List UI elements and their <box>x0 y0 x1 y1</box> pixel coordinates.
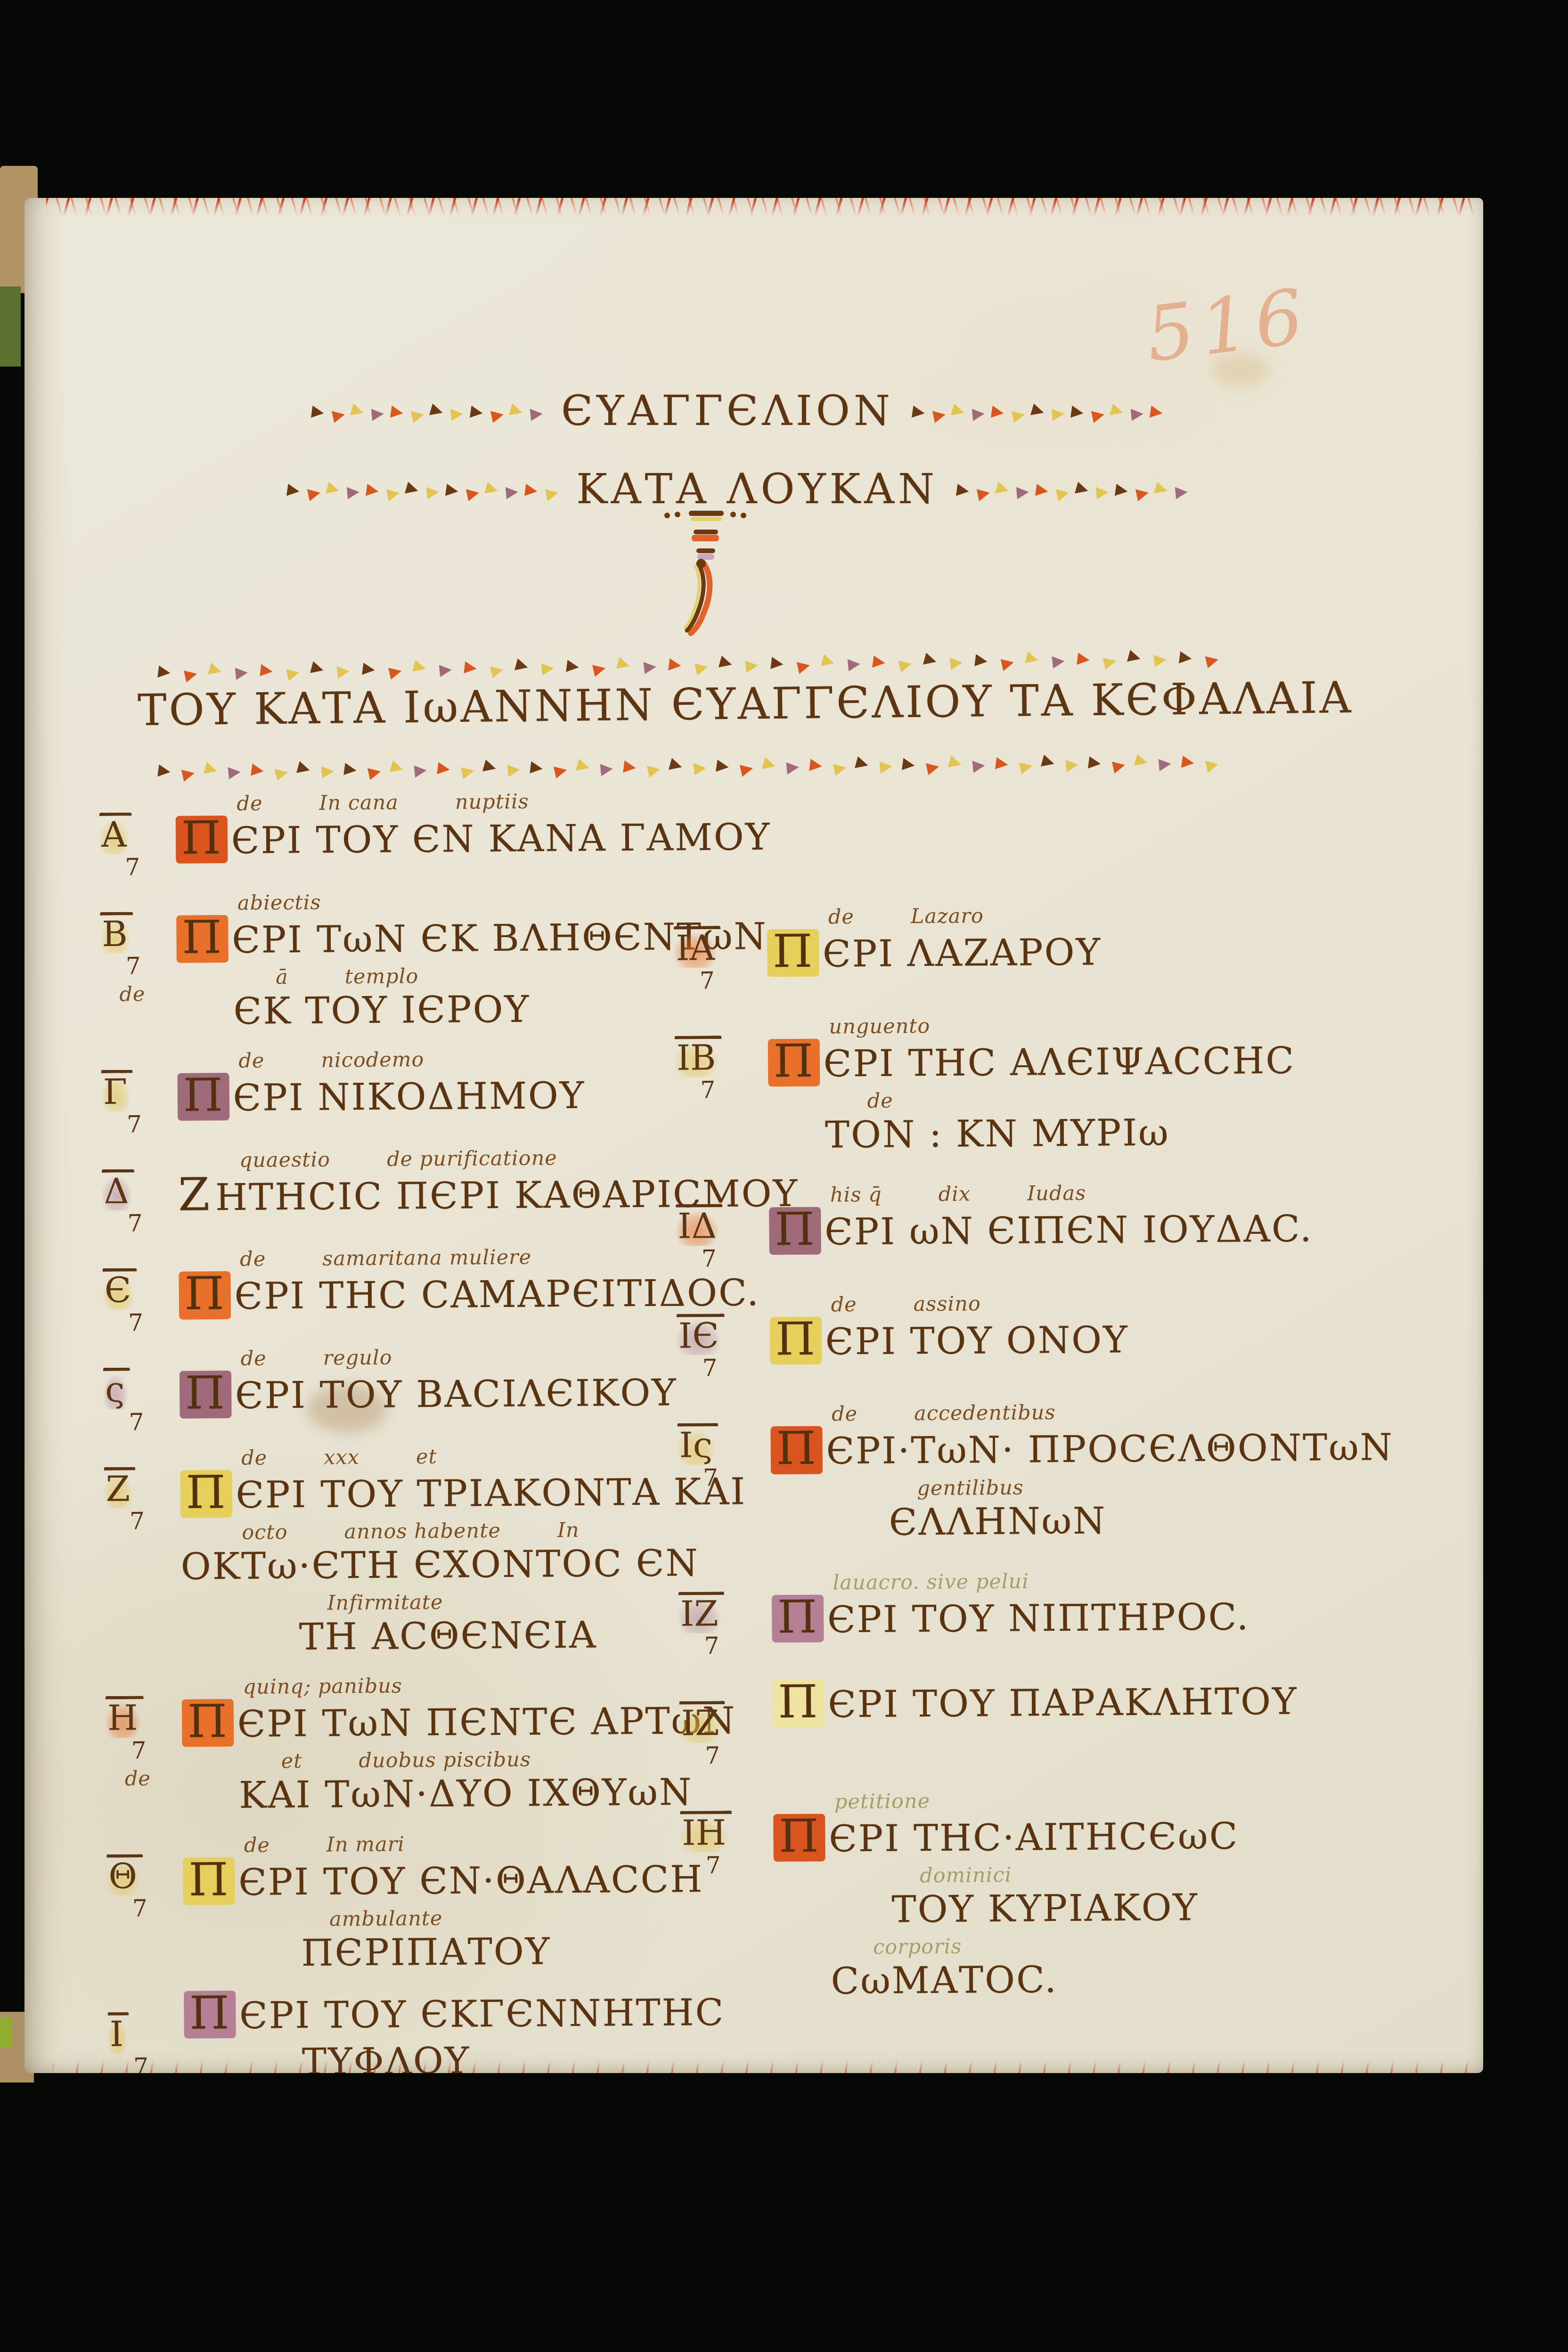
chevron-icon: ▸ <box>286 476 301 502</box>
chevron-icon: ▸ <box>513 651 531 678</box>
greek-text-line: ΠЄΡΙ ΤΗC ΑΛЄΙΨΑCCΗC <box>768 1034 1453 1087</box>
chevron-icon: ▸ <box>202 754 220 781</box>
chapter-number-cell: ς7 <box>103 1347 180 1434</box>
manuscript-page: 516 ▸▸▸▸▸▸▸▸▸▸▸▸ ЄΥΑΓΓЄΛΙΟΝ ▸▸▸▸▸▸▸▸▸▸▸▸… <box>24 198 1483 2073</box>
chevron-row: ▸▸▸▸▸▸▸▸▸▸▸▸ <box>957 477 1187 501</box>
chevron-icon: ▸ <box>157 658 172 684</box>
initial-letter: Π <box>769 1207 821 1255</box>
greek-text-line: ΠЄΡΙ ΤΗC·ΑΙΤΗCЄωC <box>773 1809 1458 1862</box>
chevron-icon: ▸ <box>1035 476 1050 502</box>
gloss-line: octoannos habenteIn <box>180 1516 764 1545</box>
chapter-row: ΙΖ7ΠЄΡΙ ΤΟΥ ΠΑΡΑΚΛΗΤΟΥ <box>679 1675 1457 1768</box>
greek-text: ЄΛΛΗΝωΝ <box>889 1499 1107 1545</box>
chapter-lines: petitioneΠЄΡΙ ΤΗC·ΑΙΤΗCЄωCdominiciΤΟΥ ΚΥ… <box>773 1785 1459 2007</box>
chapter-numeral: ΙΖ <box>679 1701 725 1743</box>
chevron-icon: ▸ <box>425 478 440 503</box>
initial-letter: Π <box>767 929 819 977</box>
chapter-numeral: ΙΖ <box>678 1592 724 1633</box>
chevron-icon: ▸ <box>901 750 917 776</box>
latin-gloss: de <box>240 1248 266 1271</box>
chapter-numeral: Δ <box>102 1169 135 1211</box>
chevron-icon: ▸ <box>897 650 915 677</box>
greek-text: ЄΡΙ ΛΑΖΑΡΟΥ <box>823 930 1102 977</box>
greek-text-line: ΚΑΙ ΤωΝ·ΔΥΟ ΙΧΘΥωΝ <box>182 1770 766 1819</box>
greek-text-line: ΠЄΡΙ·ΤωΝ· ΠΡΟCЄΛΘΟΝΤωΝ <box>770 1422 1455 1475</box>
chapter-lines: deIn cananuptiisΠЄΡΙ ΤΟΥ ЄΝ ΚΑΝΑ ΓΑΜΟΥ <box>175 787 771 866</box>
chevron-icon: ▸ <box>336 657 351 683</box>
chevron-icon: ▸ <box>819 646 838 673</box>
chevron-icon: ▸ <box>785 753 800 779</box>
greek-text: ЄΡΙ ΤΟΥ ΒΑCΙΛЄΙΚΟΥ <box>235 1371 678 1419</box>
chevron-icon: ▸ <box>305 479 322 505</box>
chevron-icon: ▸ <box>346 478 360 503</box>
greek-text: ΤΗ ΑCΘЄΝЄΙΑ <box>299 1613 597 1660</box>
latin-gloss: Lazaro <box>911 904 984 928</box>
chapter-number-cell: ΙΗ7 <box>680 1789 774 1877</box>
chevron-icon: ▸ <box>361 655 376 681</box>
chevron-icon: ▸ <box>1095 478 1110 503</box>
chapter-lines: ΠЄΡΙ ΤΟΥ ΠΑΡΑΚΛΗΤΟΥ <box>772 1675 1457 1730</box>
latin-gloss: ambulante <box>329 1907 443 1931</box>
chevron-icon: ▸ <box>330 400 347 427</box>
latin-gloss: petitione <box>834 1789 930 1813</box>
greek-text: ΠЄΡΙΠΑΤΟΥ <box>301 1929 551 1976</box>
chevron-icon: ▸ <box>273 759 290 785</box>
chapter-number-cell: Є7 <box>102 1247 179 1335</box>
initial-letter: Π <box>176 816 228 864</box>
chevron-row: ▸▸▸▸▸▸▸▸▸▸▸▸▸ <box>913 399 1163 423</box>
chevron-row: ▸▸▸▸▸▸▸▸▸▸▸▸▸▸ <box>287 477 558 501</box>
greek-text: ЄΡΙ ΝΙΚΟΔΗΜΟΥ <box>233 1074 585 1121</box>
initial-letter: Π <box>773 1814 825 1862</box>
page-title: ЄΥΑΓΓЄΛΙΟΝ <box>561 386 894 435</box>
latin-gloss: ā <box>276 965 288 989</box>
initial-letter: Π <box>182 1699 234 1747</box>
chapter-numeral: Ις <box>677 1423 718 1465</box>
chapter-number-cell: ΙЄ7 <box>676 1292 770 1380</box>
numeral-flourish: 7 <box>131 1739 182 1763</box>
chevron-icon: ▸ <box>949 396 968 423</box>
tailpiece-ornament <box>654 505 758 642</box>
greek-text: ЄΡΙ ΤΟΥ ΟΝΟΥ <box>825 1318 1129 1365</box>
chevron-icon: ▸ <box>1065 751 1079 776</box>
chapter-row: Є7desamaritana muliereΠЄΡΙ ΤΗC CΑΜΑΡЄΙΤΙ… <box>102 1243 762 1334</box>
chapter-numeral: Θ <box>106 1854 143 1896</box>
chapter-row: ΙΔ7his q̄dixIudasΠЄΡΙ ωΝ ЄΙΠЄΝ ΙΟΥΔΑC. <box>676 1178 1454 1270</box>
greek-text-line: ΤΥΦΛΟΥ <box>184 2037 768 2073</box>
greek-text: ЄΡΙ ΤΟΥ ΝΙΠΤΗΡΟC. <box>827 1595 1250 1642</box>
chevron-icon: ▸ <box>182 660 199 686</box>
chevron-icon: ▸ <box>931 400 947 427</box>
greek-text-line: ΠЄΡΙ ΤΟΥ ЄΝ·ΘΑΛΑCCΗ <box>183 1854 767 1906</box>
numeral-flourish: 7 <box>128 1311 179 1335</box>
chevron-icon: ▸ <box>872 648 887 674</box>
latin-gloss: In cana <box>319 791 399 815</box>
chapter-numeral: ΙΗ <box>680 1811 732 1853</box>
chapter-row: Β7deabiectisΠЄΡΙ ΤωΝ ЄΚ ΒΛΗΘЄΝΤωΝātemplo… <box>100 887 760 1037</box>
greek-text: ЄΡΙ ΤΟΥ ΤΡΙΑΚΟΝΤΑ ΚΑΙ <box>236 1470 746 1518</box>
greek-text: ΤΥΦΛΟΥ <box>302 2039 471 2073</box>
chevron-icon: ▸ <box>385 479 402 505</box>
greek-text: ЄΡΙ ΤΟΥ ЄΝ·ΘΑΛΑCCΗ <box>238 1857 704 1905</box>
greek-text-line: CωΜΑΤΟC. <box>774 1955 1459 2005</box>
chevron-icon: ▸ <box>464 479 481 505</box>
initial-letter: Π <box>179 1271 230 1319</box>
chapter-row: Δ7quaestiode purificationeΖΗΤΗCΙC ΠЄΡΙ Κ… <box>102 1144 762 1235</box>
chevron-icon: ▸ <box>489 400 506 427</box>
initial-letter: Π <box>768 1038 820 1086</box>
latin-gloss: de <box>244 1833 270 1857</box>
chevron-icon: ▸ <box>847 650 861 676</box>
chevron-icon: ▸ <box>180 759 197 786</box>
chevron-icon: ▸ <box>450 400 465 425</box>
chevron-icon: ▸ <box>482 752 500 779</box>
latin-gloss: de <box>241 1446 267 1470</box>
chevron-icon: ▸ <box>459 757 476 784</box>
chevron-icon: ▸ <box>879 752 893 778</box>
chevron-icon: ▸ <box>645 755 662 782</box>
chapter-numeral: Γ <box>101 1070 133 1111</box>
chevron-icon: ▸ <box>715 752 731 778</box>
chevron-icon: ▸ <box>808 751 824 777</box>
chevron-icon: ▸ <box>831 754 849 780</box>
chevron-icon: ▸ <box>994 750 1010 776</box>
greek-text: ΤΟΥ ΚΥΡΙΑΚΟΥ <box>891 1886 1199 1933</box>
chevron-icon: ▸ <box>483 474 501 501</box>
gloss-line: etduobus piscibus <box>182 1745 766 1774</box>
latin-gloss: templo <box>345 964 419 988</box>
initial-letter: Π <box>180 1470 232 1518</box>
chevron-icon: ▸ <box>1108 396 1127 423</box>
latin-gloss: corporis <box>873 1935 962 1959</box>
chevron-icon: ▸ <box>552 756 570 783</box>
latin-gloss: de <box>832 1402 857 1426</box>
greek-text-line: ΠЄΡΙ ΤΟΥ ΟΝΟΥ <box>770 1312 1454 1365</box>
greek-text: ЄΡΙ·ΤωΝ· ΠΡΟCЄΛΘΟΝΤωΝ <box>826 1426 1394 1475</box>
greek-text-line: ΤΟΥ ΚΥΡΙΑΚΟΥ <box>774 1884 1458 1933</box>
chevron-icon: ▸ <box>949 649 964 674</box>
chevron-icon: ▸ <box>974 646 989 672</box>
chevron-icon: ▸ <box>911 398 926 424</box>
numeral-flourish: 7 <box>132 1896 183 1920</box>
latin-gloss: de <box>241 1347 267 1371</box>
chevron-icon: ▸ <box>1087 749 1103 775</box>
latin-gloss: annos habente <box>344 1519 501 1543</box>
chevron-icon: ▸ <box>795 652 812 678</box>
numeral-flourish: 7 <box>133 2054 184 2073</box>
chapter-number-cell: ΙΖ7 <box>678 1570 772 1658</box>
chevron-icon: ▸ <box>207 655 225 682</box>
chapter-lines: quinq; panibusΠЄΡΙ ΤωΝ ΠЄΝΤЄ ΑΡΤωΝetduob… <box>181 1671 766 1821</box>
chevron-icon: ▸ <box>947 748 965 775</box>
chapter-numeral: ΙΑ <box>674 926 720 968</box>
chevron-icon: ▸ <box>1054 479 1071 505</box>
chevron-icon: ▸ <box>295 754 314 781</box>
chevron-icon: ▸ <box>505 478 519 503</box>
latin-gloss: nuptiis <box>455 790 529 814</box>
chevron-icon: ▸ <box>1111 751 1128 778</box>
chevron-icon: ▸ <box>975 479 992 505</box>
initial-letter: Π <box>183 1857 235 1905</box>
greek-text: ЄΡΙ ωΝ ЄΙΠЄΝ ΙΟΥΔΑC. <box>825 1207 1313 1255</box>
chevron-icon: ▸ <box>366 758 384 784</box>
latin-gloss: quaestio <box>239 1148 331 1172</box>
latin-gloss: et <box>416 1445 437 1469</box>
chevron-icon: ▸ <box>972 751 986 777</box>
initial-letter: Π <box>177 1073 229 1121</box>
greek-text: ΚΑΙ ΤωΝ·ΔΥΟ ΙΧΘΥωΝ <box>239 1771 693 1819</box>
chapter-row: ΙΗ7petitioneΠЄΡΙ ΤΗC·ΑΙΤΗCЄωCdominiciΤΟΥ… <box>680 1785 1459 2007</box>
chevron-icon: ▸ <box>1203 751 1221 777</box>
chevron-icon: ▸ <box>489 656 506 682</box>
latin-gloss: de <box>119 982 177 1006</box>
chevron-icon: ▸ <box>388 753 407 780</box>
numeral-flourish: 7 <box>702 1356 770 1380</box>
chevron-icon: ▸ <box>922 645 940 672</box>
numeral-flourish: 7 <box>706 1853 774 1877</box>
chevron-icon: ▸ <box>404 474 422 501</box>
chapter-lines: lauacro. sive peluiΠЄΡΙ ΤΟΥ ΝΙΠΤΗΡΟC. <box>772 1566 1456 1645</box>
chevron-icon: ▸ <box>590 654 608 681</box>
greek-text-line: ЄΛΛΗΝωΝ <box>771 1496 1456 1546</box>
chapter-numeral: ΙЄ <box>677 1314 725 1356</box>
chevron-icon: ▸ <box>343 755 359 781</box>
chapter-number-cell: Ις7 <box>677 1402 771 1490</box>
latin-gloss: duobus piscibus <box>359 1748 531 1773</box>
chevron-icon: ▸ <box>506 756 521 781</box>
chapter-row: ΙЄ7deassinoΠЄΡΙ ΤΟΥ ΟΝΟΥ <box>676 1288 1454 1380</box>
chevron-icon: ▸ <box>1152 474 1171 501</box>
chapter-row: Θ7deIn mariΠЄΡΙ ΤΟΥ ЄΝ·ΘΑΛΑCCΗambulanteΠ… <box>106 1829 767 1979</box>
chevron-icon: ▸ <box>386 657 404 684</box>
chevron-icon: ▸ <box>1089 400 1106 427</box>
chapter-lines: unguentoΠЄΡΙ ΤΗC ΑΛЄΙΨΑCCΗCdeΤΟΝ : ΚΝ ΜΥ… <box>768 1010 1453 1160</box>
chapter-numeral: ΙΒ <box>675 1036 722 1078</box>
greek-text: ЄΡΙ ΤΟΥ ЄΝ ΚΑΝΑ ΓΑΜΟΥ <box>231 815 771 864</box>
greek-text-line: ΠЄΡΙΠΑΤΟΥ <box>183 1928 767 1977</box>
chapter-lines: deIn mariΠЄΡΙ ΤΟΥ ЄΝ·ΘΑΛΑCCΗambulanteΠЄΡ… <box>183 1829 767 1979</box>
numeral-flourish: 7 <box>700 968 768 992</box>
greek-text-line: ΠЄΡΙ ΤωΝ ΠЄΝΤЄ ΑΡΤωΝ <box>182 1695 766 1748</box>
greek-text-line: ΠЄΡΙ ΤΗC CΑΜΑΡЄΙΤΙΔΟC. <box>179 1267 762 1320</box>
chevron-row: ▸▸▸▸▸▸▸▸▸▸▸▸ <box>312 399 542 423</box>
chevron-icon: ▸ <box>668 651 683 677</box>
manuscript-photo: { "page": { "folio_number": "516" }, "ti… <box>0 0 1568 2352</box>
greek-text: ЄΡΙ ΤΗC·ΑΙΤΗCЄωC <box>829 1814 1239 1862</box>
chevron-icon: ▸ <box>1051 647 1065 673</box>
chapter-number-cell: Γ7 <box>101 1049 178 1136</box>
greek-text-line: ΟΚΤω·ЄΤΗ ЄΧΟΝΤΟC ЄΝ <box>180 1541 764 1590</box>
greek-text: ΟΚΤω·ЄΤΗ ЄΧΟΝΤΟC ЄΝ <box>180 1541 699 1590</box>
chapter-lines: deaccedentibusΠЄΡΙ·ΤωΝ· ΠΡΟCЄΛΘΟΝΤωΝgent… <box>770 1397 1455 1548</box>
chevron-icon: ▸ <box>999 649 1016 675</box>
red-edge-stain-top <box>46 198 1477 216</box>
chevron-icon: ▸ <box>309 654 327 681</box>
greek-text-line: ΠЄΡΙ ΝΙΚΟΔΗΜΟΥ <box>177 1069 761 1121</box>
folio-number: 516 <box>1141 265 1367 379</box>
initial-letter: Π <box>772 1680 824 1728</box>
initial-letter: Π <box>770 1316 822 1364</box>
latin-gloss: regulo <box>323 1346 392 1370</box>
chevron-icon: ▸ <box>565 652 580 678</box>
chapter-number-cell: Β7de <box>100 890 177 1006</box>
chevron-icon: ▸ <box>1178 644 1193 670</box>
chapter-number-cell: ΙΒ7 <box>674 1014 768 1102</box>
initial-letter: Π <box>180 1371 231 1419</box>
chapter-number-cell: ΙΔ7 <box>676 1183 769 1270</box>
chevron-icon: ▸ <box>507 396 526 423</box>
latin-gloss: xxx <box>324 1445 359 1470</box>
chapter-number-cell: Δ7 <box>102 1148 179 1235</box>
latin-gloss: In mari <box>327 1832 405 1856</box>
latin-gloss: lauacro. sive pelui <box>833 1569 1029 1594</box>
chevron-icon: ▸ <box>1130 400 1144 425</box>
binding-edge <box>0 2017 12 2048</box>
gloss-line: desamaritana muliere <box>179 1243 762 1272</box>
chevron-icon: ▸ <box>370 400 385 425</box>
latin-gloss: de <box>238 1049 264 1072</box>
binding-edge <box>0 286 21 367</box>
chevron-icon: ▸ <box>365 476 381 502</box>
chevron-icon: ▸ <box>544 479 561 505</box>
chapter-number-cell: ΙΑ7 <box>674 905 768 992</box>
chevron-icon: ▸ <box>1158 750 1172 776</box>
chevron-icon: ▸ <box>324 474 343 501</box>
chevron-icon: ▸ <box>718 648 736 675</box>
chevron-icon: ▸ <box>529 400 544 425</box>
title-row-1: ▸▸▸▸▸▸▸▸▸▸▸▸ ЄΥΑΓΓЄΛΙΟΝ ▸▸▸▸▸▸▸▸▸▸▸▸▸ <box>24 386 1450 435</box>
chevron-icon: ▸ <box>1029 396 1047 423</box>
chevron-icon: ▸ <box>1114 476 1129 502</box>
greek-text-line: ΠЄΡΙ ΤΟΥ ΒΑCΙΛЄΙΚΟΥ <box>180 1367 763 1419</box>
gloss-line: deIn cananuptiis <box>175 787 771 816</box>
latin-gloss: Iudas <box>1027 1182 1086 1206</box>
greek-text: ЄΡΙ ΤΟΥ ΠΑΡΑΚΛΗΤΟΥ <box>828 1680 1298 1728</box>
chapter-numeral: Α <box>99 812 132 854</box>
chevron-icon: ▸ <box>284 659 302 685</box>
chapter-lines: dereguloΠЄΡΙ ΤΟΥ ΒΑCΙΛЄΙΚΟΥ <box>180 1342 763 1421</box>
chevron-icon: ▸ <box>990 398 1006 424</box>
chevron-icon: ▸ <box>1017 752 1035 778</box>
chapter-numeral: Є <box>102 1268 137 1310</box>
latin-gloss: unguento <box>829 1014 930 1038</box>
chevron-icon: ▸ <box>390 398 405 424</box>
chapter-lines: his q̄dixIudasΠЄΡΙ ωΝ ЄΙΠЄΝ ΙΟΥΔΑC. <box>769 1178 1454 1257</box>
chapter-numeral: Ι <box>107 2012 129 2054</box>
numeral-flourish: 7 <box>126 954 177 978</box>
initial-letter: Ζ <box>178 1172 212 1220</box>
gloss-line: deregulo <box>180 1342 763 1371</box>
chevron-icon: ▸ <box>1153 646 1168 671</box>
numeral-flourish: 7 <box>129 1410 180 1434</box>
numeral-flourish: 7 <box>705 1743 773 1767</box>
greek-text-line: ΤΟΝ : ΚΝ ΜΥΡΙω <box>768 1109 1453 1158</box>
greek-text: ЄΡΙ ΤωΝ ΠЄΝΤЄ ΑΡΤωΝ <box>237 1699 736 1748</box>
chapter-number-cell: Ζ7 <box>104 1446 180 1534</box>
chapter-lines: dexxxetΠЄΡΙ ΤΟΥ ΤΡΙΑΚΟΝΤΑ ΚΑΙoctoannos h… <box>180 1442 765 1663</box>
chevron-icon: ▸ <box>1010 400 1027 427</box>
gloss-line: denicodemo <box>177 1045 760 1073</box>
greek-text: ЄΡΙ ΤΟΥ ЄΚΓЄΝΝΗΤΗC <box>239 1991 725 2039</box>
chevron-icon: ▸ <box>469 398 484 424</box>
chapter-number-cell: Η7de <box>105 1675 182 1791</box>
chapter-number-cell: ΙΖ7 <box>679 1680 773 1768</box>
chevron-icon: ▸ <box>668 751 686 777</box>
chevron-icon: ▸ <box>693 754 707 780</box>
chapter-numeral: ΙΔ <box>676 1204 722 1246</box>
numeral-flourish: 7 <box>125 855 176 879</box>
chevron-icon: ▸ <box>234 659 248 684</box>
latin-gloss: et <box>281 1749 302 1773</box>
initial-letter: Π <box>772 1594 824 1642</box>
greek-text-line: ΠЄΡΙ ΛΑΖΑΡΟΥ <box>767 924 1452 977</box>
chapter-number-cell: Α7 <box>99 792 176 879</box>
chevron-icon: ▸ <box>1203 646 1221 672</box>
chapter-lines: denicodemoΠЄΡΙ ΝΙΚΟΔΗΜΟΥ <box>177 1045 761 1123</box>
numeral-flourish: 7 <box>704 1634 772 1658</box>
initial-letter: Π <box>184 1991 236 2039</box>
section-header: ΤΟΥ ΚΑΤΑ ΙωΑΝΝΗΝ ЄΥΑΓΓЄΛΙΟΥ ΤΑ ΚЄΦΑΛΑΙΑ <box>138 674 1231 735</box>
chevron-icon: ▸ <box>760 750 779 776</box>
chevron-icon: ▸ <box>524 476 539 502</box>
greek-text: ΤΟΝ : ΚΝ ΜΥΡΙω <box>825 1111 1170 1158</box>
chevron-icon: ▸ <box>227 758 242 784</box>
chapter-row: ΙΒ7unguentoΠЄΡΙ ΤΗC ΑΛЄΙΨΑCCΗCdeΤΟΝ : ΚΝ… <box>674 1010 1453 1161</box>
chapter-row: ΙΑ7deLazaroΠЄΡΙ ΛΑΖΑΡΟΥ <box>674 900 1452 992</box>
chevron-icon: ▸ <box>411 653 429 679</box>
chevron-icon: ▸ <box>1174 478 1189 503</box>
chevron-icon: ▸ <box>320 758 335 783</box>
chapter-column-left: Α7deIn cananuptiisΠЄΡΙ ΤΟΥ ЄΝ ΚΑΝΑ ΓΑΜΟΥ… <box>99 787 768 2073</box>
chevron-icon: ▸ <box>259 656 274 682</box>
chevron-icon: ▸ <box>438 656 453 681</box>
chevron-icon: ▸ <box>349 396 367 423</box>
chevron-icon: ▸ <box>157 757 172 783</box>
chapter-numeral: Η <box>106 1696 144 1738</box>
latin-gloss: gentilibus <box>917 1476 1024 1500</box>
chevron-icon: ▸ <box>769 649 784 675</box>
chevron-icon: ▸ <box>642 653 657 678</box>
chapter-row: Ζ7dexxxetΠЄΡΙ ΤΟΥ ΤΡΙΑΚΟΝΤΑ ΚΑΙoctoannos… <box>104 1442 765 1663</box>
latin-gloss: de <box>831 1293 857 1316</box>
chevron-icon: ▸ <box>1015 478 1030 503</box>
chevron-icon: ▸ <box>599 755 614 780</box>
chapter-numeral: ς <box>103 1368 131 1410</box>
numeral-flourish: 7 <box>703 1465 771 1489</box>
chapter-number-cell: Θ7 <box>106 1833 183 1920</box>
chapter-row: Ι7ΠЄΡΙ ΤΟΥ ЄΚΓЄΝΝΗΤΗCΤΥΦΛΟΥ <box>107 1987 768 2073</box>
chapter-numeral: Ζ <box>104 1467 136 1509</box>
chapter-row: Ις7deaccedentibusΠЄΡΙ·ΤωΝ· ΠΡΟCЄΛΘΟΝΤωΝg… <box>677 1397 1455 1549</box>
initial-letter: Π <box>770 1426 822 1474</box>
greek-text-line: ΠЄΡΙ ΤΟΥ ΝΙΠΤΗΡΟC. <box>772 1590 1456 1643</box>
chevron-icon: ▸ <box>994 474 1012 501</box>
greek-text: CωΜΑΤΟC. <box>831 1958 1058 2005</box>
greek-text: ЄΡΙ ΤΗC ΑΛЄΙΨΑCCΗC <box>823 1038 1295 1086</box>
chevron-icon: ▸ <box>574 751 593 778</box>
chapter-column-right: ΙΑ7deLazaroΠЄΡΙ ΛΑΖΑΡΟΥΙΒ7unguentoΠЄΡΙ Τ… <box>674 900 1459 2030</box>
latin-gloss: de purificatione <box>387 1146 557 1171</box>
greek-text-line: ΤΗ ΑCΘЄΝЄΙΑ <box>181 1612 765 1661</box>
chevron-icon: ▸ <box>971 400 986 425</box>
gloss-line: Infirmitate <box>181 1587 764 1616</box>
latin-gloss: samaritana muliere <box>322 1246 531 1271</box>
chevron-icon: ▸ <box>250 756 265 782</box>
chevron-icon: ▸ <box>738 755 756 781</box>
greek-text-line: ΠЄΡΙ ωΝ ЄΙΠЄΝ ΙΟΥΔΑC. <box>769 1202 1454 1255</box>
chevron-icon: ▸ <box>1133 746 1151 773</box>
chevron-icon: ▸ <box>409 400 426 427</box>
